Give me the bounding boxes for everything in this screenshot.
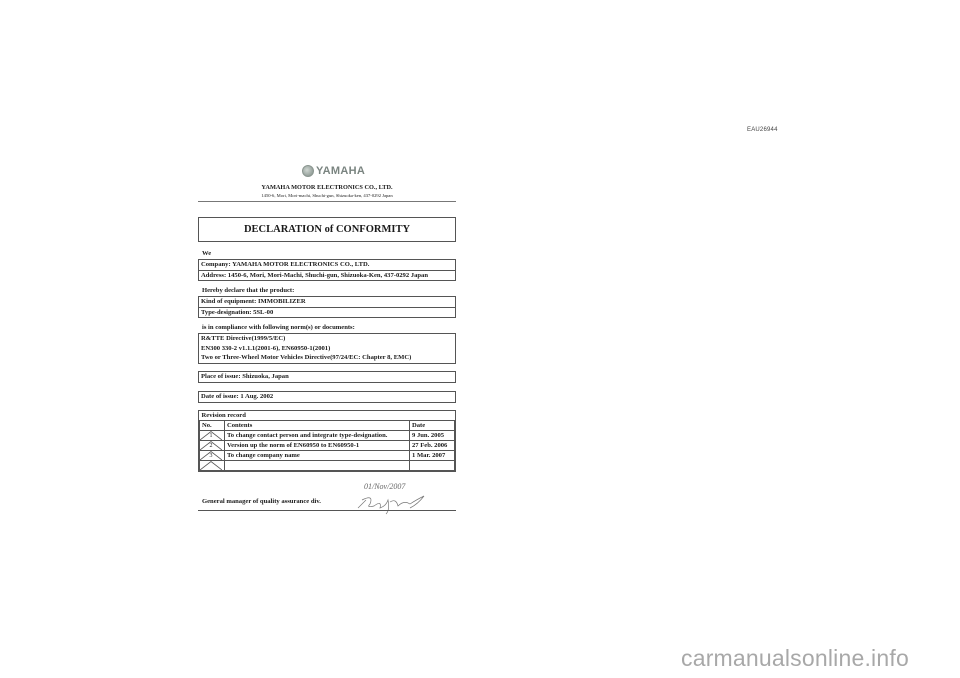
col-no: No. xyxy=(200,421,225,431)
revision-date: 1 Mar. 2007 xyxy=(410,451,455,461)
revision-contents xyxy=(225,461,410,471)
revision-table: Revision record No. Contents Date 1To ch… xyxy=(199,411,455,471)
col-date: Date xyxy=(410,421,455,431)
revision-no: 3 xyxy=(200,451,225,461)
header-address: 1450-6, Mori, Mori-machi, Shuchi-gun, Sh… xyxy=(198,193,456,198)
revision-row: 1To change contact person and integrate … xyxy=(200,431,455,441)
revision-record: Revision record No. Contents Date 1To ch… xyxy=(198,410,456,472)
compliance-label: is in compliance with following norm(s) … xyxy=(202,324,355,331)
product-type: Type-designation: 5SL-00 xyxy=(199,307,455,318)
document-code: EAU26944 xyxy=(747,127,778,133)
document-title: DECLARATION of CONFORMITY xyxy=(198,217,456,242)
header-company: YAMAHA MOTOR ELECTRONICS CO., LTD. xyxy=(198,184,456,191)
revision-contents: To change company name xyxy=(225,451,410,461)
revision-caption: Revision record xyxy=(200,411,455,421)
signature: 01/Nov/2007 xyxy=(352,478,432,521)
col-contents: Contents xyxy=(225,421,410,431)
date-box: Date of issue: 1 Aug. 2002 xyxy=(198,391,456,403)
we-label: We xyxy=(202,250,211,257)
signatory-title: General manager of quality assurance div… xyxy=(202,498,321,505)
norms-box: R&TTE Directive(1999/5/EC) EN300 330-2 v… xyxy=(198,333,456,364)
revision-date xyxy=(410,461,455,471)
signature-line xyxy=(198,510,456,511)
revision-date: 9 Jun. 2005 xyxy=(410,431,455,441)
norm-item: Two or Three-Wheel Motor Vehicles Direct… xyxy=(199,353,455,363)
svg-text:01/Nov/2007: 01/Nov/2007 xyxy=(364,482,406,491)
norm-item: EN300 330-2 v1.1.1(2001-6), EN60950-1(20… xyxy=(199,344,455,354)
declare-label: Hereby declare that the product: xyxy=(202,287,294,294)
revision-row: 2Version up the norm of EN60950 to EN609… xyxy=(200,441,455,451)
revision-contents: To change contact person and integrate t… xyxy=(225,431,410,441)
tuning-fork-emblem-icon xyxy=(302,165,314,177)
place-of-issue: Place of issue: Shizuoka, Japan xyxy=(199,372,455,382)
issuer-address: Address: 1450-6, Mori, Mori-Machi, Shuch… xyxy=(199,270,455,281)
revision-date: 27 Feb. 2006 xyxy=(410,441,455,451)
revision-contents: Version up the norm of EN60950 to EN6095… xyxy=(225,441,410,451)
product-box: Kind of equipment: IMMOBILIZER Type-desi… xyxy=(198,296,456,318)
revision-triangle-icon xyxy=(200,461,222,470)
revision-no: 2 xyxy=(200,441,225,451)
revision-no xyxy=(200,461,225,471)
issuer-company: Company: YAMAHA MOTOR ELECTRONICS CO., L… xyxy=(199,260,455,270)
yamaha-logo: YAMAHA xyxy=(302,164,365,178)
place-box: Place of issue: Shizuoka, Japan xyxy=(198,371,456,383)
revision-row: 3To change company name1 Mar. 2007 xyxy=(200,451,455,461)
logo-wordmark: YAMAHA xyxy=(316,165,365,177)
watermark: carmanualsonline.info xyxy=(681,645,909,672)
revision-no: 1 xyxy=(200,431,225,441)
date-of-issue: Date of issue: 1 Aug. 2002 xyxy=(199,392,455,402)
revision-header-row: No. Contents Date xyxy=(200,421,455,431)
header-divider xyxy=(198,201,456,202)
revision-row xyxy=(200,461,455,471)
norm-item: R&TTE Directive(1999/5/EC) xyxy=(199,334,455,344)
issuer-box: Company: YAMAHA MOTOR ELECTRONICS CO., L… xyxy=(198,259,456,281)
product-kind: Kind of equipment: IMMOBILIZER xyxy=(199,297,455,307)
